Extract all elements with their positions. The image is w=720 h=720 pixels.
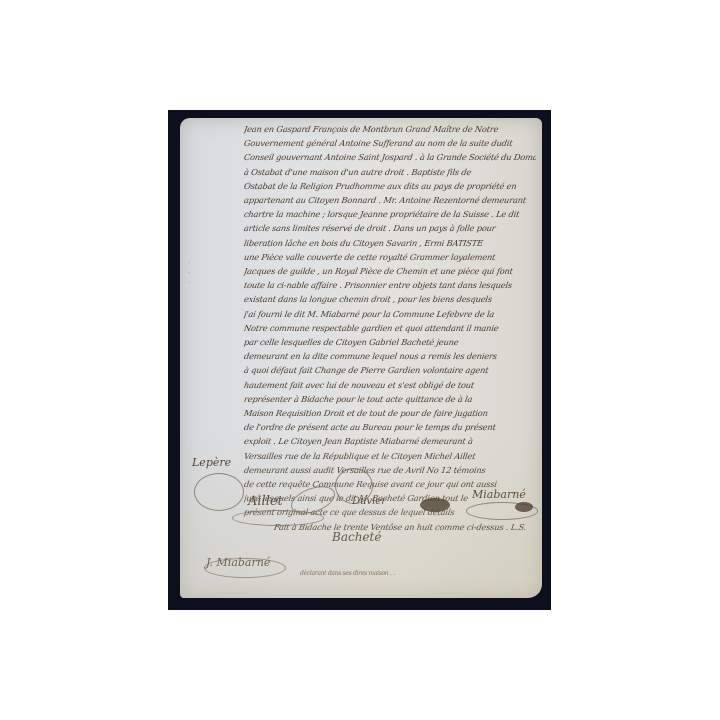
text-line: Versailles rue de la République et le Ci… [243,449,537,463]
closing-line: Fait à Bidache le trente Ventôse an huit… [243,520,537,534]
text-line: Ostabat de la Religion Prudhomme aux dit… [243,179,537,193]
signature-flourish [194,473,244,511]
text-line: à Ostabat d'une maison d'un autre droit … [243,165,537,179]
text-line: demeurant aussi audit Versailles rue de … [243,463,537,477]
ink-seal [420,498,450,512]
footer-scribble: déclarant dans ses dires maison . . [300,570,395,577]
text-line: j'ai fourni le dit M. Miabarné pour la C… [243,307,537,321]
text-line: Notre commune respectable gardien et quo… [243,321,537,335]
signature-flourish [232,510,324,526]
signature-aillet: Aillet [248,494,283,509]
text-line: juré lesquels ainsi que le dit M. Bachet… [243,491,537,505]
text-line: une Pièce valle couverte de cette royalt… [243,250,537,264]
text-line: à quoi défaut fait Change de Pierre Gard… [243,363,537,377]
text-line: article sans limites réservé de droit . … [243,221,537,235]
text-line: présent original acte ce que dessus de l… [243,505,537,519]
text-line: demeurant en la dite commune lequel nous… [243,349,537,363]
text-line: de cette requête Commune Requise avant c… [243,477,537,491]
signature-j-miabarne: J. Miabarné [206,556,270,569]
text-line: hautement fait avec lui de nouveau et s'… [243,378,537,392]
text-line: de l'ordre de présent acte au Bureau pou… [243,420,537,434]
signature-miabarne: Miabarné [472,488,526,501]
text-line: chartre la machine ; lorsque Jeanne prop… [243,207,537,221]
text-line: Maison Requisition Droit et de tout de p… [243,406,537,420]
signature-flourish [287,481,338,519]
text-line: Conseil gouvernant Antoine Saint Jospard… [243,150,537,164]
text-line: Gouvernement général Antoine Sufferand a… [243,136,537,150]
signature-bachete: Bacheté [332,530,381,544]
text-line: exploit . Le Citoyen Jean Baptiste Miaba… [243,434,537,448]
text-line: représenter à Bidache pour le tout acte … [243,392,537,406]
text-line: Jean en Gaspard François de Montbrun Gra… [243,122,537,136]
margin-notes: ··· [188,258,190,288]
text-line: par celle lesquelles de Citoyen Gabriel … [243,335,537,349]
signature-flourish [204,558,286,578]
signature-flourish [466,502,538,520]
text-line: Jacques de guilde , un Royal Pièce de Ch… [243,264,537,278]
text-line: existant dans la longue chemin droit , p… [243,292,537,306]
manuscript-photo: ··· Jean en Gaspard François de Montbrun… [168,110,551,610]
manuscript-body: Jean en Gaspard François de Montbrun Gra… [244,122,536,534]
text-line: toute la ci-nable affaire . Prisonnier e… [243,278,537,292]
signature-flourish [335,468,373,504]
text-line: liberation lâche en bois du Citoyen Sava… [243,236,537,250]
signature-lepere: Lepère [192,456,231,469]
manuscript-page: ··· Jean en Gaspard François de Montbrun… [180,118,542,598]
text-line: appartenant au Citoyen Bonnard . Mr. Ant… [243,193,537,207]
signature-duvier: Duvier [352,496,386,507]
ink-seal [515,502,533,512]
